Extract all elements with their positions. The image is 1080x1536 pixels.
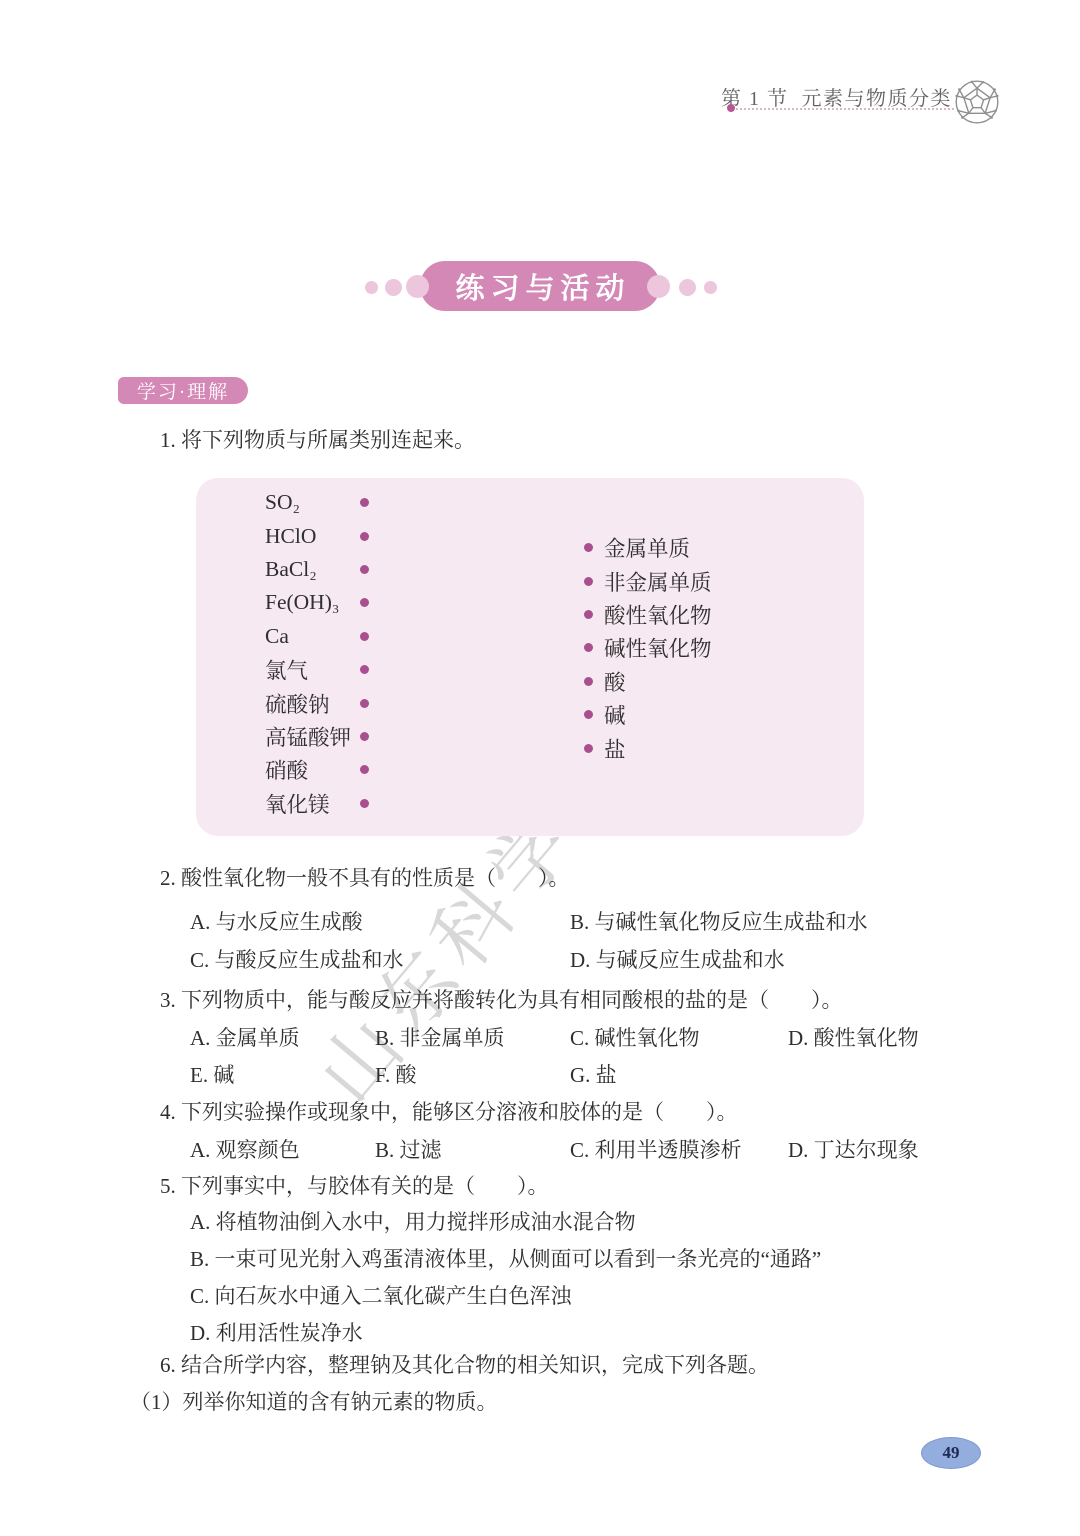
substance-row: 硫酸钠 (265, 686, 369, 719)
fullerene-molecule-icon (951, 76, 1003, 128)
category-row: 金属单质 (584, 531, 712, 564)
q2-option-a: A. 与水反应生成酸 (190, 906, 363, 936)
connector-dot (360, 799, 369, 808)
q3-option-c: C. 碱性氧化物 (570, 1022, 700, 1052)
question-1-text: 1. 将下列物质与所属类别连起来。 (160, 424, 475, 454)
substance-row: 高锰酸钾 (265, 720, 369, 753)
q5-option-b: B. 一束可见光射入鸡蛋清液体里，从侧面可以看到一条光亮的“通路” (190, 1243, 821, 1273)
category-row: 酸性氧化物 (584, 598, 712, 631)
exercise-banner: 练习与活动 (420, 261, 660, 311)
substance-label: HClO (265, 524, 360, 549)
question-5-text: 5. 下列事实中，与胶体有关的是（ ）。 (160, 1170, 549, 1200)
q2-option-c: C. 与酸反应生成盐和水 (190, 944, 404, 974)
q4-option-d: D. 丁达尔现象 (788, 1134, 919, 1164)
category-label: 金属单质 (604, 532, 690, 563)
category-list: 金属单质 非金属单质 酸性氧化物 碱性氧化物 酸 碱 盐 (584, 531, 712, 765)
substance-row: Fe(OH)₃ (265, 586, 369, 619)
substance-label: 硫酸钠 (265, 688, 360, 719)
connector-dot (584, 744, 593, 753)
q4-option-b: B. 过滤 (375, 1134, 442, 1164)
substance-row: BaCl₂ (265, 553, 369, 586)
category-row: 酸 (584, 665, 712, 698)
connector-dot (584, 543, 593, 552)
connector-dot (584, 677, 593, 686)
banner-dot-right-large (647, 275, 670, 298)
connector-dot (584, 643, 593, 652)
category-row: 非金属单质 (584, 564, 712, 597)
substance-label: BaCl₂ (265, 557, 360, 582)
banner-dot-right-medium (679, 279, 696, 296)
page-number-badge: 49 (921, 1437, 981, 1469)
q3-option-g: G. 盐 (570, 1059, 617, 1089)
substance-row: Ca (265, 620, 369, 653)
q4-option-a: A. 观察颜色 (190, 1134, 300, 1164)
page-number: 49 (943, 1443, 960, 1463)
category-row: 碱性氧化物 (584, 631, 712, 664)
substance-label: Fe(OH)₃ (265, 590, 360, 615)
substance-row: 氧化镁 (265, 787, 369, 820)
substance-row: 氯气 (265, 653, 369, 686)
header-section-title: 元素与物质分类 (802, 88, 953, 110)
banner-dot-right-small (704, 281, 717, 294)
category-row: 盐 (584, 731, 712, 764)
connector-dot (360, 665, 369, 674)
q2-option-d: D. 与碱反应生成盐和水 (570, 944, 785, 974)
q2-option-b: B. 与碱性氧化物反应生成盐和水 (570, 906, 868, 936)
q5-option-d: D. 利用活性炭净水 (190, 1317, 363, 1347)
connector-dot (584, 577, 593, 586)
connector-dot (360, 765, 369, 774)
q3-option-d: D. 酸性氧化物 (788, 1022, 919, 1052)
substance-label: SO₂ (265, 490, 360, 515)
category-label: 酸性氧化物 (604, 599, 712, 630)
question-3-text: 3. 下列物质中，能与酸反应并将酸转化为具有相同酸根的盐的是（ ）。 (160, 984, 843, 1014)
q3-option-b: B. 非金属单质 (375, 1022, 505, 1052)
substance-label: 高锰酸钾 (265, 721, 360, 752)
substance-label: 氯气 (265, 654, 360, 685)
section-badge: 学习·理解 (118, 377, 248, 404)
category-label: 酸 (604, 666, 626, 697)
exercise-banner-title: 练习与活动 (449, 266, 630, 307)
banner-dot-left-large (406, 275, 429, 298)
q3-option-e: E. 碱 (190, 1059, 234, 1089)
connector-dot (584, 610, 593, 619)
category-label: 非金属单质 (604, 566, 712, 597)
connector-dot (360, 498, 369, 507)
question-4-text: 4. 下列实验操作或现象中，能够区分溶液和胶体的是（ ）。 (160, 1096, 738, 1126)
banner-dot-left-small (365, 281, 378, 294)
q4-option-c: C. 利用半透膜渗析 (570, 1134, 742, 1164)
category-label: 碱性氧化物 (604, 632, 712, 663)
substance-label: Ca (265, 624, 360, 649)
substance-list: SO₂ HClO BaCl₂ Fe(OH)₃ Ca 氯气 硫酸钠 高锰酸钾 硝酸… (265, 486, 369, 820)
question-6-text: 6. 结合所学内容，整理钠及其化合物的相关知识，完成下列各题。 (160, 1349, 769, 1379)
page-header: 第 1 节 元素与物质分类 (700, 82, 952, 111)
connector-dot (360, 732, 369, 741)
substance-label: 氧化镁 (265, 788, 360, 819)
connector-dot (360, 699, 369, 708)
connector-dot (584, 710, 593, 719)
substance-row: HClO (265, 519, 369, 552)
substance-row: SO₂ (265, 486, 369, 519)
substance-row: 硝酸 (265, 753, 369, 786)
q5-option-a: A. 将植物油倒入水中，用力搅拌形成油水混合物 (190, 1206, 636, 1236)
header-dotted-rule (736, 108, 954, 110)
category-row: 碱 (584, 698, 712, 731)
question-2-text: 2. 酸性氧化物一般不具有的性质是（ ）。 (160, 862, 570, 892)
connector-dot (360, 532, 369, 541)
q5-option-c: C. 向石灰水中通入二氧化碳产生白色浑浊 (190, 1280, 572, 1310)
q3-option-a: A. 金属单质 (190, 1022, 300, 1052)
category-label: 碱 (604, 699, 626, 730)
header-rule-dot (727, 104, 735, 112)
q3-option-f: F. 酸 (375, 1059, 417, 1089)
category-label: 盐 (604, 733, 626, 764)
substance-label: 硝酸 (265, 754, 360, 785)
banner-dot-left-medium (385, 279, 402, 296)
connector-dot (360, 632, 369, 641)
connector-dot (360, 565, 369, 574)
section-badge-label: 学习·理解 (137, 377, 229, 404)
q6-subquestion-1: （1）列举你知道的含有钠元素的物质。 (130, 1386, 498, 1416)
connector-dot (360, 598, 369, 607)
